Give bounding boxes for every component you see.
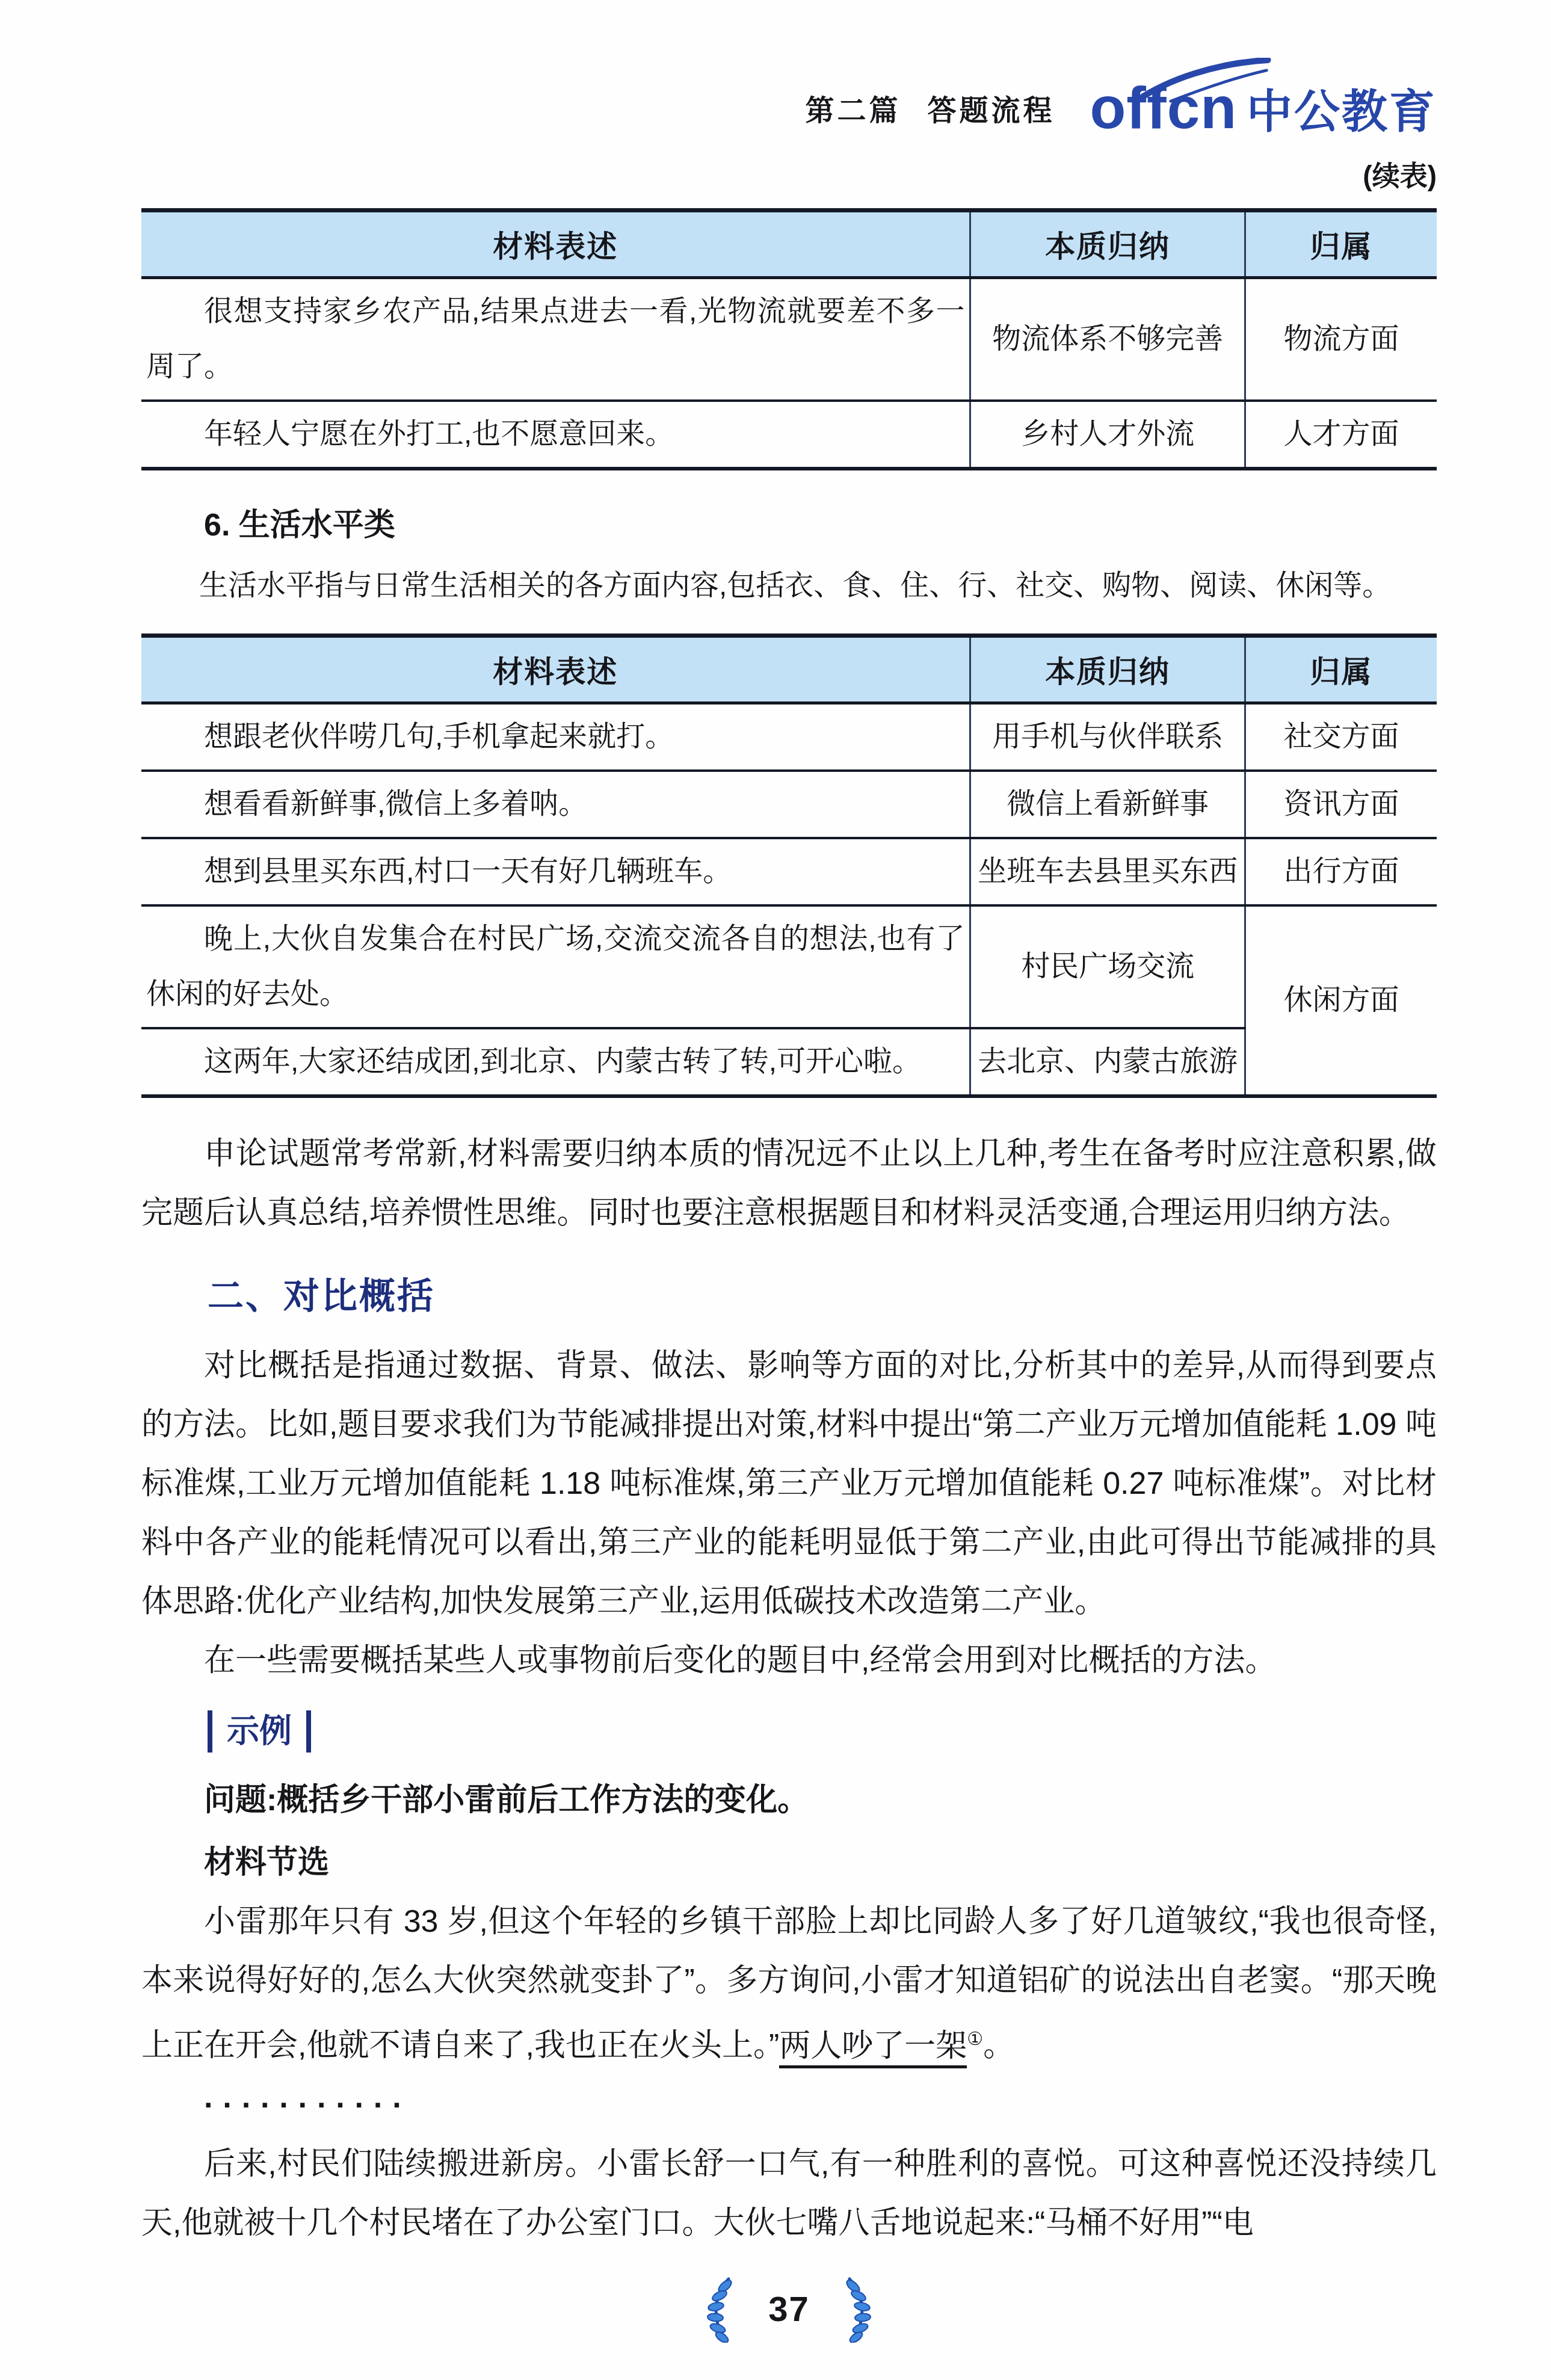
cell-material: 晚上,大伙自发集合在村民广场,交流交流各自的想法,也有了休闲的好去处。 <box>141 905 970 1028</box>
col-header-essence: 本质归纳 <box>970 211 1245 278</box>
cell-essence: 坐班车去县里买东西 <box>970 838 1245 905</box>
page-footer: 37 <box>141 2277 1437 2343</box>
table-header-row: 材料表述 本质归纳 归属 <box>141 636 1437 703</box>
subsection-heading-life: 6. 生活水平类 <box>204 499 1437 544</box>
section-heading-compare: 二、对比概括 <box>208 1268 1437 1319</box>
page-header: 第二篇 答题流程 offcn 中公教育 <box>141 0 1437 146</box>
cell-category: 物流方面 <box>1245 278 1437 401</box>
material-table-life: 材料表述 本质归纳 归属 想跟老伙伴唠几句,手机拿起来就打。 用手机与伙伴联系 … <box>141 634 1437 1098</box>
table-row: 想跟老伙伴唠几句,手机拿起来就打。 用手机与伙伴联系 社交方面 <box>141 703 1437 771</box>
brand-name: 中公教育 <box>1247 75 1437 141</box>
cell-essence: 去北京、内蒙古旅游 <box>970 1028 1245 1096</box>
page-content: 第二篇 答题流程 offcn 中公教育 (续表) 材料表述 本质归纳 归属 <box>0 0 1551 2343</box>
cell-category: 出行方面 <box>1245 838 1437 905</box>
excerpt-paragraph-1: 小雷那年只有 33 岁,但这个年轻的乡镇干部脸上却比同龄人多了好几道皱纹,“我也… <box>141 1892 1437 2075</box>
table-row: 想看看新鲜事,微信上多着呐。 微信上看新鲜事 资讯方面 <box>141 771 1437 838</box>
excerpt-paragraph-2: 后来,村民们陆续搬进新房。小雷长舒一口气,有一种胜利的喜悦。可这种喜悦还没持续几… <box>141 2135 1437 2252</box>
chapter-title: 答题流程 <box>927 87 1055 129</box>
cell-material: 年轻人宁愿在外打工,也不愿意回来。 <box>141 401 970 469</box>
cell-material: 很想支持家乡农产品,结果点进去一看,光物流就要差不多一周了。 <box>141 278 970 401</box>
cell-essence: 村民广场交流 <box>970 905 1245 1028</box>
cell-material: 想跟老伙伴唠几句,手机拿起来就打。 <box>141 703 970 771</box>
offcn-logo: offcn <box>1090 78 1238 137</box>
table-header-row: 材料表述 本质归纳 归属 <box>141 211 1437 278</box>
col-header-category: 归属 <box>1245 636 1437 703</box>
compare-paragraph-1: 对比概括是指通过数据、背景、做法、影响等方面的对比,分析其中的差异,从而得到要点… <box>141 1336 1437 1631</box>
cell-material: 想看看新鲜事,微信上多着呐。 <box>141 771 970 838</box>
table-row: 晚上,大伙自发集合在村民广场,交流交流各自的想法,也有了休闲的好去处。 村民广场… <box>141 905 1437 1028</box>
table-row: 很想支持家乡农产品,结果点进去一看,光物流就要差不多一周了。 物流体系不够完善 … <box>141 278 1437 401</box>
cell-essence: 乡村人才外流 <box>970 401 1245 469</box>
underlined-phrase: 两人吵了一架 <box>779 2029 967 2068</box>
logo-swoosh-icon <box>1133 58 1272 103</box>
cell-category: 人才方面 <box>1245 401 1437 469</box>
cell-category: 社交方面 <box>1245 703 1437 771</box>
col-header-category: 归属 <box>1245 211 1437 278</box>
example-label-row: 示例 <box>141 1690 1437 1753</box>
page-number: 37 <box>768 2289 810 2329</box>
table-row: 这两年,大家还结成团,到北京、内蒙古转了转,可开心啦。 去北京、内蒙古旅游 <box>141 1028 1437 1096</box>
material-excerpt-label: 材料节选 <box>204 1833 1437 1892</box>
table-row: 年轻人宁愿在外打工,也不愿意回来。 乡村人才外流 人才方面 <box>141 401 1437 469</box>
cell-material: 这两年,大家还结成团,到北京、内蒙古转了转,可开心啦。 <box>141 1028 970 1096</box>
example-question: 问题:概括乡干部小雷前后工作方法的变化。 <box>141 1771 1437 1830</box>
question-label: 问题: <box>204 1783 277 1817</box>
col-header-material: 材料表述 <box>141 636 970 703</box>
continued-table-note: (续表) <box>141 154 1437 194</box>
laurel-left-icon <box>700 2277 737 2343</box>
footnote-mark: ① <box>967 2029 983 2049</box>
closing-paragraph: 申论试题常考常新,材料需要归纳本质的情况远不止以上几种,考生在备考时应注意积累,… <box>141 1124 1437 1242</box>
cell-essence: 用手机与伙伴联系 <box>970 703 1245 771</box>
life-intro-paragraph: 生活水平指与日常生活相关的各方面内容,包括衣、食、住、行、社交、购物、阅读、休闲… <box>141 556 1437 615</box>
col-header-material: 材料表述 <box>141 211 970 278</box>
ellipsis-row: ··········· <box>204 2076 1437 2135</box>
example-label: 示例 <box>208 1710 311 1753</box>
book-page: 第二篇 答题流程 offcn 中公教育 (续表) 材料表述 本质归纳 归属 <box>0 0 1551 2380</box>
section-label: 第二篇 <box>805 87 901 129</box>
col-header-essence: 本质归纳 <box>970 636 1245 703</box>
cell-category: 资讯方面 <box>1245 771 1437 838</box>
material-table-continued: 材料表述 本质归纳 归属 很想支持家乡农产品,结果点进去一看,光物流就要差不多一… <box>141 208 1437 470</box>
excerpt-text-end: 。 <box>983 2029 1014 2064</box>
cell-material: 想到县里买东西,村口一天有好几辆班车。 <box>141 838 970 905</box>
cell-category-merged: 休闲方面 <box>1245 905 1437 1096</box>
cell-essence: 物流体系不够完善 <box>970 278 1245 401</box>
question-text: 概括乡干部小雷前后工作方法的变化。 <box>277 1783 809 1817</box>
compare-paragraph-2: 在一些需要概括某些人或事物前后变化的题目中,经常会用到对比概括的方法。 <box>141 1631 1437 1690</box>
table-row: 想到县里买东西,村口一天有好几辆班车。 坐班车去县里买东西 出行方面 <box>141 838 1437 905</box>
laurel-right-icon <box>841 2277 878 2343</box>
cell-essence: 微信上看新鲜事 <box>970 771 1245 838</box>
